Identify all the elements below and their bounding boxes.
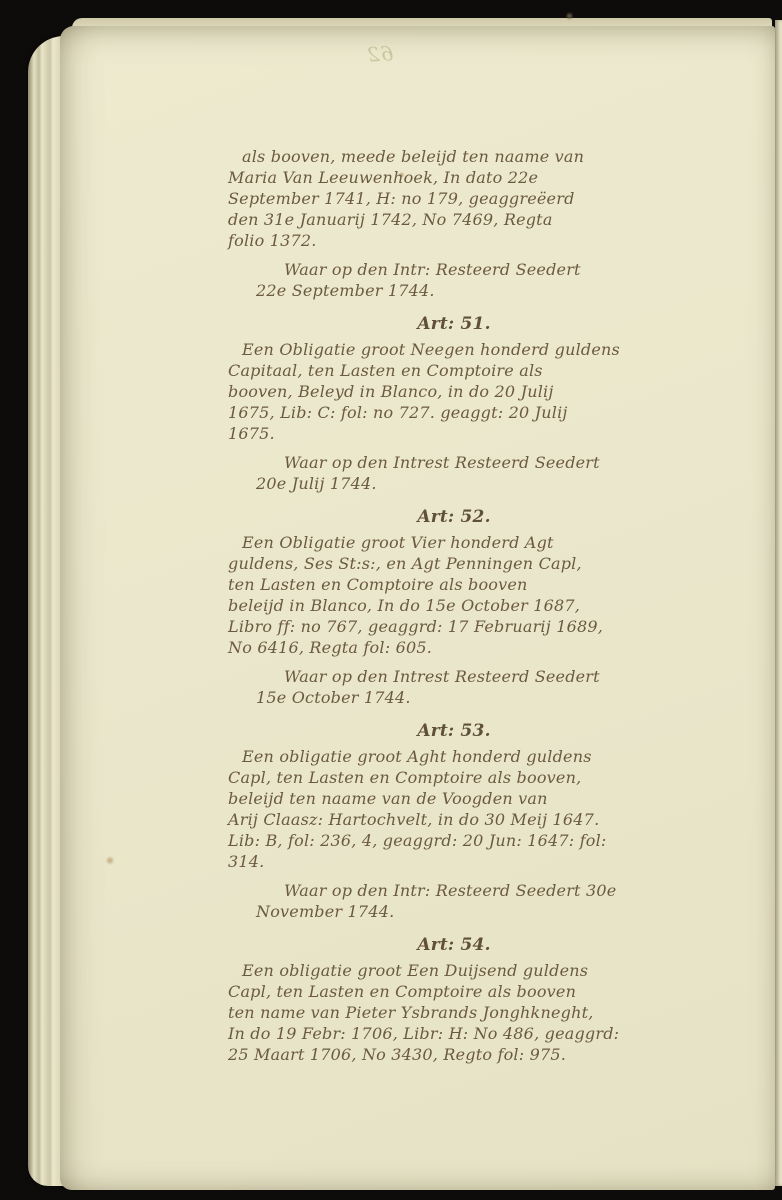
handwritten-line: 20e Julij 1744. xyxy=(228,473,680,494)
entry-body: Een Obligatie groot Vier honderd Agt gul… xyxy=(228,532,680,658)
handwritten-line: November 1744. xyxy=(228,901,680,922)
interest-note: Waar op den Intr: Resteerd Seedert 30e N… xyxy=(228,880,680,922)
handwritten-line: 314. xyxy=(228,851,680,872)
entry-continuation: als booven, meede beleijd ten naame van … xyxy=(228,146,680,301)
entry-body: als booven, meede beleijd ten naame van … xyxy=(228,146,680,251)
handwritten-line: Maria Van Leeuwenhoek, In dato 22e xyxy=(228,167,680,188)
manuscript-page: 62 als booven, meede beleijd ten naame v… xyxy=(60,26,775,1190)
article-heading: Art: 53. xyxy=(228,721,680,742)
handwritten-line: September 1741, H: no 179, geaggreëerd xyxy=(228,188,680,209)
handwritten-line: Een obligatie groot Een Duijsend guldens xyxy=(228,960,680,981)
handwritten-line: Een Obligatie groot Vier honderd Agt xyxy=(228,532,680,553)
entry-art-53: Art: 53. Een obligatie groot Aght honder… xyxy=(228,721,680,922)
handwritten-line: Arij Claasz: Hartochvelt, in do 30 Meij … xyxy=(228,809,680,830)
handwritten-line: No 6416, Regta fol: 605. xyxy=(228,637,680,658)
entry-art-52: Art: 52. Een Obligatie groot Vier honder… xyxy=(228,507,680,708)
entry-art-51: Art: 51. Een Obligatie groot Neegen hond… xyxy=(228,314,680,494)
article-heading: Art: 51. xyxy=(228,314,680,335)
entry-body: Een Obligatie groot Neegen honderd gulde… xyxy=(228,339,680,444)
handwritten-line: folio 1372. xyxy=(228,230,680,251)
interest-note: Waar op den Intr: Resteerd Seedert 22e S… xyxy=(228,259,680,301)
handwritten-line: ten name van Pieter Ysbrands Jonghkneght… xyxy=(228,1002,680,1023)
interest-note: Waar op den Intrest Resteerd Seedert 20e… xyxy=(228,452,680,494)
handwritten-line: Capitaal, ten Lasten en Comptoire als xyxy=(228,360,680,381)
article-heading: Art: 52. xyxy=(228,507,680,528)
foxing-spot xyxy=(565,12,574,20)
handwritten-text-column: als booven, meede beleijd ten naame van … xyxy=(228,146,680,1065)
handwritten-line: Capl, ten Lasten en Comptoire als booven xyxy=(228,981,680,1002)
handwritten-line: 22e September 1744. xyxy=(228,280,680,301)
handwritten-line: Capl, ten Lasten en Comptoire als booven… xyxy=(228,767,680,788)
handwritten-line: Waar op den Intrest Resteerd Seedert xyxy=(228,452,680,473)
handwritten-line: Een obligatie groot Aght honderd guldens xyxy=(228,746,680,767)
handwritten-line: Lib: B, fol: 236, 4, geaggrd: 20 Jun: 16… xyxy=(228,830,680,851)
adjacent-page-sliver xyxy=(775,20,782,1186)
handwritten-line: 1675. xyxy=(228,423,680,444)
handwritten-line: beleijd ten naame van de Voogden van xyxy=(228,788,680,809)
article-heading: Art: 54. xyxy=(228,935,680,956)
handwritten-line: booven, Beleyd in Blanco, in do 20 Julij xyxy=(228,381,680,402)
handwritten-line: Libro ff: no 767, geaggrd: 17 Februarij … xyxy=(228,616,680,637)
handwritten-line: Waar op den Intr: Resteerd Seedert xyxy=(228,259,680,280)
manuscript-scan: 62 als booven, meede beleijd ten naame v… xyxy=(0,0,782,1200)
handwritten-line: 1675, Lib: C: fol: no 727. geaggt: 20 Ju… xyxy=(228,402,680,423)
handwritten-line: Waar op den Intr: Resteerd Seedert 30e xyxy=(228,880,680,901)
handwritten-line: Waar op den Intrest Resteerd Seedert xyxy=(228,666,680,687)
entry-body: Een obligatie groot Aght honderd guldens… xyxy=(228,746,680,872)
handwritten-line: den 31e Januarij 1742, No 7469, Regta xyxy=(228,209,680,230)
foxing-spot xyxy=(105,856,115,865)
handwritten-line: beleijd in Blanco, In do 15e October 168… xyxy=(228,595,680,616)
handwritten-line: In do 19 Febr: 1706, Libr: H: No 486, ge… xyxy=(228,1023,680,1044)
handwritten-line: als booven, meede beleijd ten naame van xyxy=(228,146,680,167)
entry-art-54: Art: 54. Een obligatie groot Een Duijsen… xyxy=(228,935,680,1065)
handwritten-line: 15e October 1744. xyxy=(228,687,680,708)
handwritten-line: guldens, Ses St:s:, en Agt Penningen Cap… xyxy=(228,553,680,574)
handwritten-line: 25 Maart 1706, No 3430, Regto fol: 975. xyxy=(228,1044,680,1065)
interest-note: Waar op den Intrest Resteerd Seedert 15e… xyxy=(228,666,680,708)
entry-body: Een obligatie groot Een Duijsend guldens… xyxy=(228,960,680,1065)
ghost-folio-number: 62 xyxy=(365,41,394,66)
handwritten-line: ten Lasten en Comptoire als booven xyxy=(228,574,680,595)
handwritten-line: Een Obligatie groot Neegen honderd gulde… xyxy=(228,339,680,360)
